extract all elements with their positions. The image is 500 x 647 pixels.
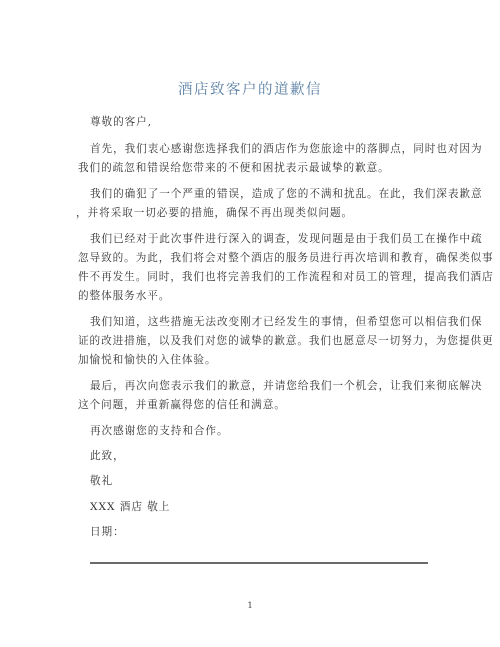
text-line: 我们的疏忽和错误给您带来的不便和困扰表示最诚挚的歉意。: [78, 160, 390, 175]
text-line: 此致，: [90, 448, 125, 463]
document-title: 酒店致客户的道歉信: [0, 78, 500, 99]
text-line: 尊敬的客户,: [90, 114, 152, 129]
text-line: 我们已经对于此次事件进行深入的调查，发现问题是由于我们员工在操作中疏: [90, 231, 482, 246]
text-line: 我们知道，这些措施无法改变刚才已经发生的事情，但希望您可以相信我们保: [90, 314, 482, 329]
text-line: 我们的确犯了一个严重的错误，造成了您的不满和扰乱。在此，我们深表歉意: [90, 186, 482, 201]
text-line: 证的改进措施，以及我们对您的诚挚的歉意。我们也愿意尽一切努力，为您提供更: [78, 333, 494, 348]
text-line: 最后，再次向您表示我们的歉意，并请您给我们一个机会，让我们来彻底解决: [90, 378, 482, 393]
text-line: 忽导致的。为此，我们将会对整个酒店的服务员进行再次培训和教育，确保类似事: [78, 250, 494, 265]
text-line: 件不再发生。同时，我们也将完善我们的工作流程和对员工的管理，提高我们酒店: [78, 269, 494, 284]
text-line: 首先，我们衷心感谢您选择我们的酒店作为您旅途中的落脚点，同时也对因为: [90, 141, 482, 156]
text-line: 这个问题，并重新赢得您的信任和满意。: [78, 397, 286, 412]
text-line: XXX 酒店 敬上: [90, 499, 170, 514]
text-line: 日期：: [90, 524, 125, 539]
footer-divider: [90, 562, 428, 564]
text-line: 再次感谢您的支持和合作。: [90, 423, 229, 438]
page-number: 1: [0, 601, 500, 610]
text-line: 加愉悦和愉快的入住体验。: [78, 352, 217, 367]
text-line: 敬礼: [90, 473, 113, 488]
text-line: ，并将采取一切必要的措施，确保不再出现类似问题。: [76, 205, 353, 220]
text-line: 的整体服务水平。: [78, 288, 170, 303]
